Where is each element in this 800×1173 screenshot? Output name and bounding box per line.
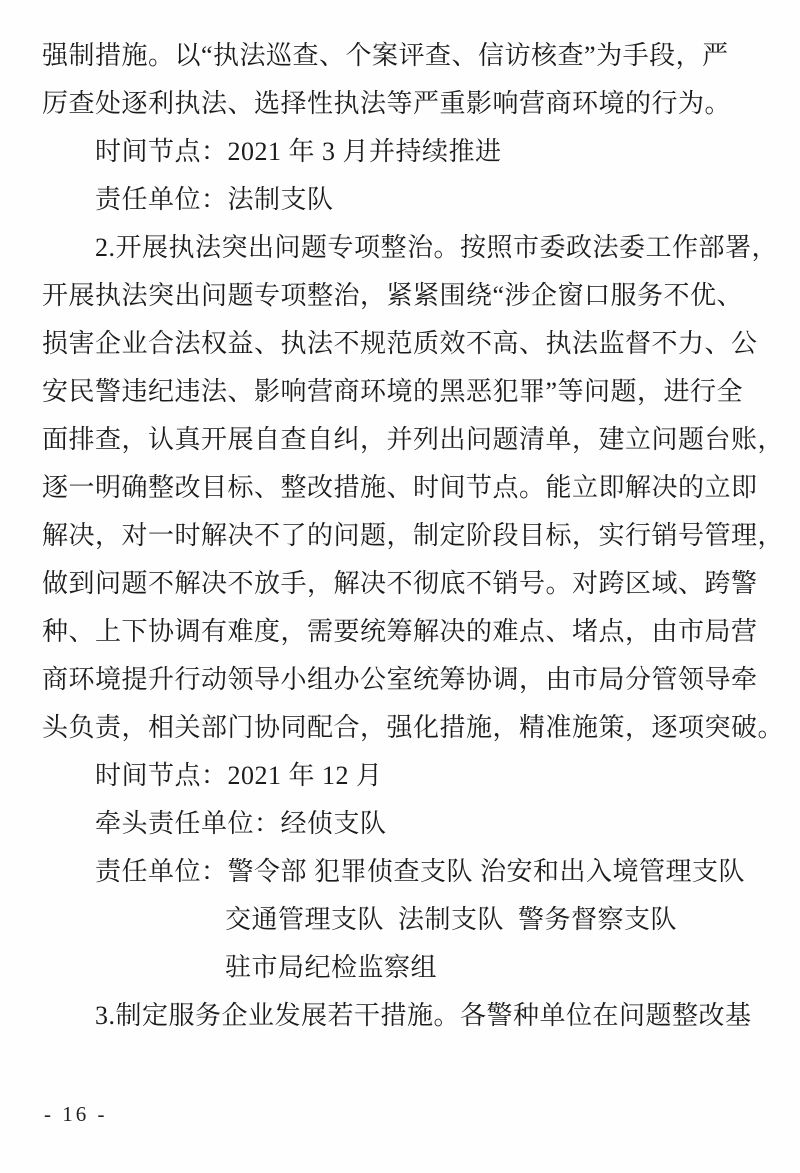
text-line: 驻市局纪检监察组 [42,944,758,992]
document-page: 强制措施。以“执法巡查、个案评查、信访核查”为手段，严厉查处逐利执法、选择性执法… [0,0,800,1173]
document-body: 强制措施。以“执法巡查、个案评查、信访核查”为手段，严厉查处逐利执法、选择性执法… [42,32,758,1040]
text-line: 责任单位：法制支队 [42,176,758,224]
text-line: 责任单位：警令部 犯罪侦查支队 治安和出入境管理支队 [42,848,758,896]
text-line: 交通管理支队 法制支队 警务督察支队 [42,896,758,944]
text-line: 商环境提升行动领导小组办公室统筹协调，由市局分管领导牵 [42,656,758,704]
text-line: 做到问题不解决不放手，解决不彻底不销号。对跨区域、跨警 [42,560,758,608]
text-line: 安民警违纪违法、影响营商环境的黑恶犯罪”等问题，进行全 [42,368,758,416]
text-line: 牵头责任单位：经侦支队 [42,800,758,848]
text-line: 3.制定服务企业发展若干措施。各警种单位在问题整改基 [42,992,758,1040]
page-number: - 16 - [44,1100,108,1128]
text-line: 时间节点：2021 年 3 月并持续推进 [42,128,758,176]
text-line: 损害企业合法权益、执法不规范质效不高、执法监督不力、公 [42,320,758,368]
text-line: 时间节点：2021 年 12 月 [42,752,758,800]
text-line: 逐一明确整改目标、整改措施、时间节点。能立即解决的立即 [42,464,758,512]
text-line: 开展执法突出问题专项整治，紧紧围绕“涉企窗口服务不优、 [42,272,758,320]
text-line: 厉查处逐利执法、选择性执法等严重影响营商环境的行为。 [42,80,758,128]
text-line: 面排查，认真开展自查自纠，并列出问题清单，建立问题台账， [42,416,758,464]
text-line: 2.开展执法突出问题专项整治。按照市委政法委工作部署， [42,224,758,272]
text-line: 种、上下协调有难度，需要统筹解决的难点、堵点，由市局营 [42,608,758,656]
text-line: 解决，对一时解决不了的问题，制定阶段目标，实行销号管理， [42,512,758,560]
text-line: 头负责，相关部门协同配合，强化措施，精准施策，逐项突破。 [42,704,758,752]
text-line: 强制措施。以“执法巡查、个案评查、信访核查”为手段，严 [42,32,758,80]
